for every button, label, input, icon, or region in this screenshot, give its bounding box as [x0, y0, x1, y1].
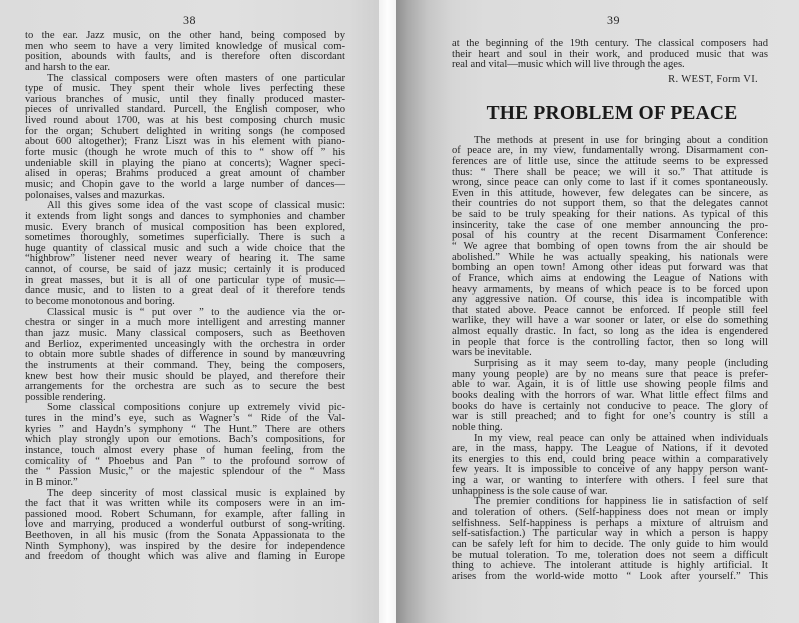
text-line: than jazz music. Many classical composer…	[25, 329, 345, 340]
right-page: 39 at the beginning of the 19th century.…	[396, 0, 799, 623]
page-number: 38	[183, 13, 196, 28]
page-number: 39	[607, 13, 620, 28]
text-line: and freedom of thought which was alive a…	[25, 552, 345, 563]
text-line: arises from the world-wide motto “ Look …	[452, 572, 768, 583]
left-page: 38 to the ear. Jazz music, on the other …	[0, 0, 379, 623]
text-line: real and vital—music which will live thr…	[452, 60, 768, 71]
article-body: The methods at present in use for bringi…	[452, 136, 768, 583]
left-page-body: to the ear. Jazz music, on the other han…	[25, 31, 345, 563]
text-line: ferences are of little use, since the at…	[452, 157, 768, 168]
text-line: music; and Chopin gave to the world a la…	[25, 180, 345, 191]
text-line: books dealing with the horrors of war. W…	[452, 391, 768, 402]
text-line: can be safely left for him to decide. Th…	[452, 540, 768, 551]
right-page-body: at the beginning of the 19th century. Th…	[452, 39, 768, 582]
text-line: the instruments at their command. They, …	[25, 361, 345, 372]
continuation-text: at the beginning of the 19th century. Th…	[452, 39, 768, 71]
text-line: noble thing.	[452, 423, 768, 434]
text-line: in B minor.”	[25, 478, 345, 489]
book-gutter	[379, 0, 396, 623]
text-line: and harsh to the ear.	[25, 63, 345, 74]
text-line: it extends from light songs and dances t…	[25, 212, 345, 223]
article-title: THE PROBLEM OF PEACE	[456, 103, 768, 125]
author-signature: R. WEST, Form VI.	[452, 75, 768, 86]
text-line: of France, which aims at endowing the Le…	[452, 274, 768, 285]
